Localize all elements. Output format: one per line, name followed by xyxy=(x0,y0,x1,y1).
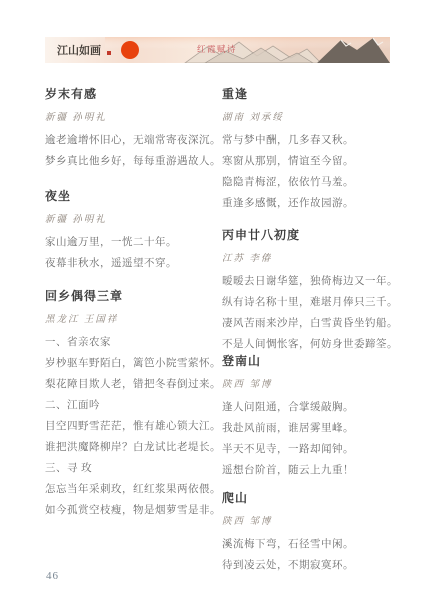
poem-line: 逾老逾增怀旧心，无端常寄夜深沉。 xyxy=(45,130,227,151)
header-banner: 江山如画 红霞赋诗 xyxy=(45,37,390,63)
poem-line: 半天不见寺，一路却闻钟。 xyxy=(222,439,418,460)
poem-chongfeng: 重逢 湖南 刘承绥 常与梦中酬，几多春又秋。 寒窗从那别，情谊至今留。 隐隐青梅… xyxy=(222,85,418,214)
poem-title: 回乡偶得三章 xyxy=(45,287,227,304)
section-heading: 三、寻 玫 xyxy=(45,458,227,479)
author-region: 陕西 xyxy=(222,380,245,390)
banner-calligraphy: 江山如画 xyxy=(56,43,101,57)
poem-title: 夜坐 xyxy=(45,187,227,204)
poem-author: 新疆 孙明礼 xyxy=(45,211,227,225)
poem-line: 我赴风前雨，谁居雾里峰。 xyxy=(222,418,418,439)
poem-line: 谁把洪魔降柳岸？白龙试比老堤长。 xyxy=(45,437,227,458)
poem-author: 陕西 邹博 xyxy=(222,376,418,390)
page-number: 46 xyxy=(46,570,59,582)
author-region: 湖南 xyxy=(222,113,245,123)
poem-line: 逢人问阻通，合掌缓敲胸。 xyxy=(222,397,418,418)
author-name: 李偆 xyxy=(249,254,272,264)
poem-line: 岁杪驱车野陌白，篱笆小院雪萦怀。 xyxy=(45,353,227,374)
poem-title: 重逢 xyxy=(222,85,418,102)
author-name: 邹博 xyxy=(249,380,272,390)
poem-line: 遥想台阶首，随云上九重！ xyxy=(222,460,418,481)
poem-deng-nanshan: 登南山 陕西 邹博 逢人问阻通，合掌缓敲胸。 我赴风前雨，谁居雾里峰。 半天不见… xyxy=(222,352,418,481)
poem-line: 重逢多感慨，还作故园游。 xyxy=(222,193,418,214)
author-name: 邹博 xyxy=(249,517,272,527)
poem-line: 寒窗从那别，情谊至今留。 xyxy=(222,151,418,172)
poem-line: 家山逾万里，一恍二十年。 xyxy=(45,232,227,253)
poem-author: 新疆 孙明礼 xyxy=(45,109,227,123)
poem-title: 爬山 xyxy=(222,489,418,506)
sun-icon xyxy=(121,41,139,59)
seal-icon xyxy=(107,51,111,55)
poem-title: 丙申廿八初度 xyxy=(222,226,422,243)
poem-author: 黑龙江 王国祥 xyxy=(45,311,227,325)
poem-pashan: 爬山 陕西 邹博 溪流梅下弯，石径雪中闲。 待到凌云处，不期寂寞环。 xyxy=(222,489,418,576)
author-region: 黑龙江 xyxy=(45,315,80,325)
poem-title: 登南山 xyxy=(222,352,418,369)
poem-author: 江苏 李偆 xyxy=(222,250,422,264)
poem-line: 暧暧去日谢华筵，独倚梅边又一年。 xyxy=(222,271,422,292)
author-name: 王国祥 xyxy=(84,315,119,325)
section-heading: 一、省亲农家 xyxy=(45,332,227,353)
poem-line: 如今孤赏空枝瘦，物是烟萝雪是非。 xyxy=(45,500,227,521)
author-region: 江苏 xyxy=(222,254,245,264)
author-region: 新疆 xyxy=(45,215,68,225)
poem-line: 待到凌云处，不期寂寞环。 xyxy=(222,555,418,576)
poem-line: 怎忘当年采刺玫，红红浆果两依偎。 xyxy=(45,479,227,500)
poem-line: 纵有诗名称十里，难堪月俸只三千。 xyxy=(222,292,422,313)
poem-huixiang-oude: 回乡偶得三章 黑龙江 王国祥 一、省亲农家 岁杪驱车野陌白，篱笆小院雪萦怀。 梨… xyxy=(45,287,227,521)
poem-line: 夜幕非秋水，遥遥望不穿。 xyxy=(45,253,227,274)
poem-suimo-yougan: 岁末有感 新疆 孙明礼 逾老逾增怀旧心，无端常寄夜深沉。 梦乡真比他乡好，每每重… xyxy=(45,85,227,172)
banner-center-text: 红霞赋诗 xyxy=(197,44,237,54)
section-heading: 二、江面吟 xyxy=(45,395,227,416)
author-name: 孙明礼 xyxy=(72,113,107,123)
poem-line: 隐隐青梅涩，依依竹马羞。 xyxy=(222,172,418,193)
author-region: 新疆 xyxy=(45,113,68,123)
poem-bingshen-chudu: 丙申廿八初度 江苏 李偆 暧暧去日谢华筵，独倚梅边又一年。 纵有诗名称十里，难堪… xyxy=(222,226,422,355)
poem-line: 梨花障目欺人老，错把冬春倒过来。 xyxy=(45,374,227,395)
poem-line: 凄风苦雨来沙岸，白雪黄昏坐钓船。 xyxy=(222,313,422,334)
poem-line: 常与梦中酬，几多春又秋。 xyxy=(222,130,418,151)
poem-line: 溪流梅下弯，石径雪中闲。 xyxy=(222,534,418,555)
author-region: 陕西 xyxy=(222,517,245,527)
author-name: 孙明礼 xyxy=(72,215,107,225)
poem-title: 岁末有感 xyxy=(45,85,227,102)
poem-author: 陕西 邹博 xyxy=(222,513,418,527)
poem-line: 梦乡真比他乡好，每每重游遇故人。 xyxy=(45,151,227,172)
poem-author: 湖南 刘承绥 xyxy=(222,109,418,123)
poem-line: 目空四野雪茫茫，惟有雄心锁大江。 xyxy=(45,416,227,437)
author-name: 刘承绥 xyxy=(249,113,284,123)
landscape-painting: 江山如画 红霞赋诗 xyxy=(45,37,390,63)
poem-yezuo: 夜坐 新疆 孙明礼 家山逾万里，一恍二十年。 夜幕非秋水，遥遥望不穿。 xyxy=(45,187,227,274)
